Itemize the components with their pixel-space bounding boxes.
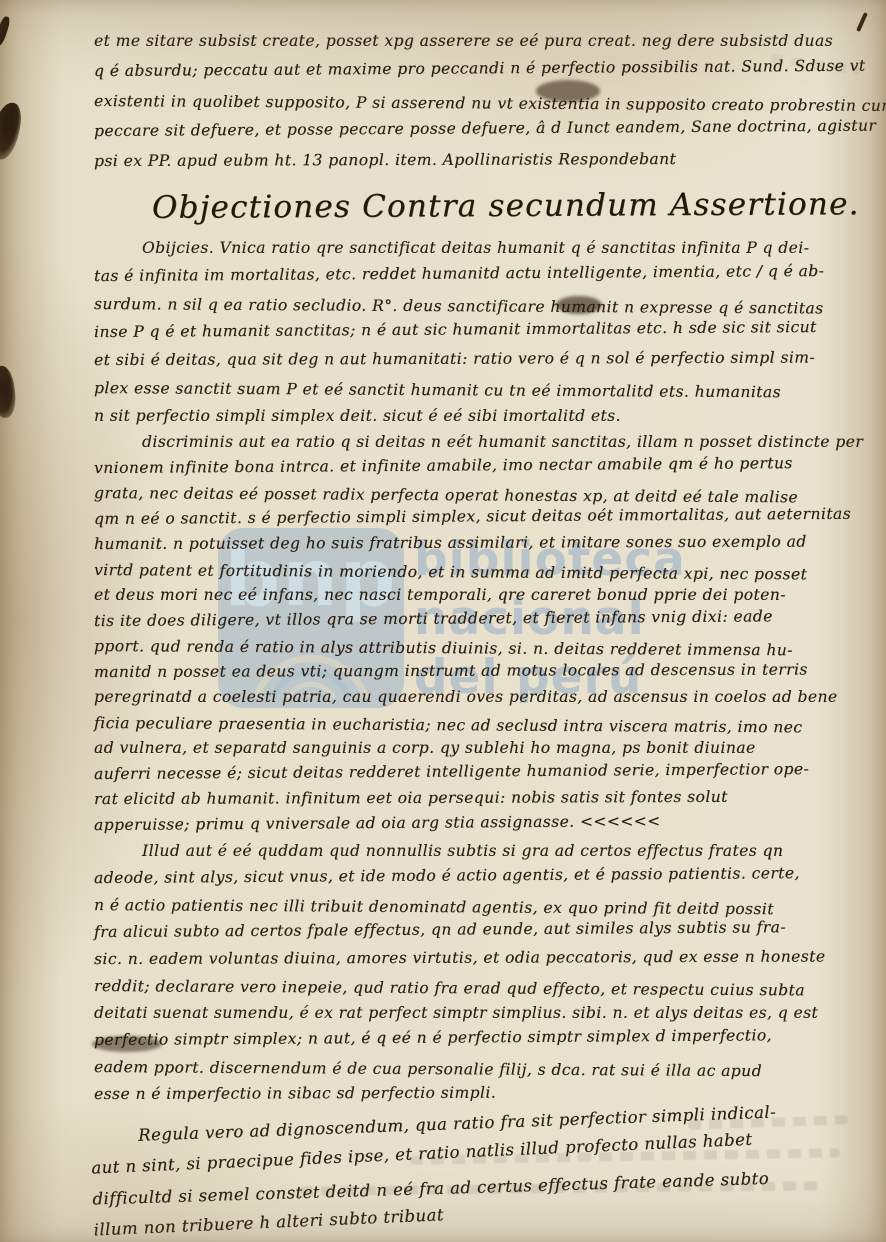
manuscript-line: psi ex PP. apud eubm ht. 13 panopl. item…	[94, 143, 872, 176]
manuscript-line: perfectio simptr simplex; n aut, é q eé …	[94, 1022, 872, 1054]
paragraph-illud: Illud aut é eé quddam qud nonnullis subt…	[94, 838, 872, 1108]
paragraph-regula: Regula vero ad dignoscendum, qua ratio f…	[90, 1093, 872, 1242]
manuscript-line: peccare sit defuere, et posse peccare po…	[94, 111, 872, 146]
manuscript-line: humanit. n potuisset deg ho suis fratrib…	[94, 529, 872, 557]
manuscript-line: fra alicui subto ad certos fpale effectu…	[94, 914, 872, 946]
ink-smudge	[92, 1036, 162, 1052]
manuscript-page: bnp biblioteca nacional del perú et me s…	[0, 0, 886, 1242]
manuscript-line: qm n eé o sanctit. s é perfectio simpli …	[94, 501, 872, 532]
manuscript-line: q é absurdu; peccatu aut et maxime pro p…	[94, 51, 872, 86]
manuscript-content: et me sitare subsist create, posset xpg …	[0, 0, 886, 1242]
paragraph-intro: et me sitare subsist create, posset xpg …	[94, 26, 872, 176]
manuscript-line: vnionem infinite bona intrca. et infinit…	[94, 450, 872, 481]
manuscript-line: tis ite does diligere, vt illos qra se m…	[94, 603, 872, 634]
manuscript-line: apperuisse; primu q vniversale ad oia ar…	[94, 807, 872, 838]
ink-smudge	[556, 296, 602, 314]
manuscript-line: plex esse sanctit suam P et eé sanctit h…	[94, 374, 872, 407]
manuscript-line: peregrinatd a coelesti patria, cau quaer…	[94, 685, 872, 711]
manuscript-line: tas é infinita im mortalitas, etc. redde…	[94, 257, 872, 290]
paragraph-obijcies: Obijcies. Vnica ratio qre sanctificat de…	[94, 234, 872, 430]
manuscript-line: adeode, sint alys, sicut vnus, et ide mo…	[94, 860, 872, 892]
manuscript-line: n sit perfectio simpli simplex deit. sic…	[94, 402, 872, 430]
manuscript-line: auferri necesse é; sicut deitas redderet…	[94, 756, 872, 787]
manuscript-line: inse P q é et humanit sanctitas; n é aut…	[94, 313, 872, 346]
manuscript-line: ficia peculiare praesentia in eucharisti…	[94, 711, 872, 741]
paragraph-discriminis: discriminis aut ea ratio q si deitas n e…	[94, 430, 872, 838]
ink-smudge	[536, 80, 600, 102]
manuscript-line: manitd n posset ea deus vti; quangm inst…	[94, 657, 872, 685]
manuscript-line: reddit; declarare vero inepeie, qud rati…	[94, 973, 872, 1005]
manuscript-line: sic. n. eadem voluntas diuina, amores vi…	[94, 943, 872, 973]
manuscript-line: virtd patent et fortitudinis in moriendo…	[94, 558, 872, 588]
section-heading: Objectiones Contra secundum Assertione.	[152, 184, 872, 228]
manuscript-line: et sibi é deitas, qua sit deg n aut huma…	[94, 343, 872, 374]
